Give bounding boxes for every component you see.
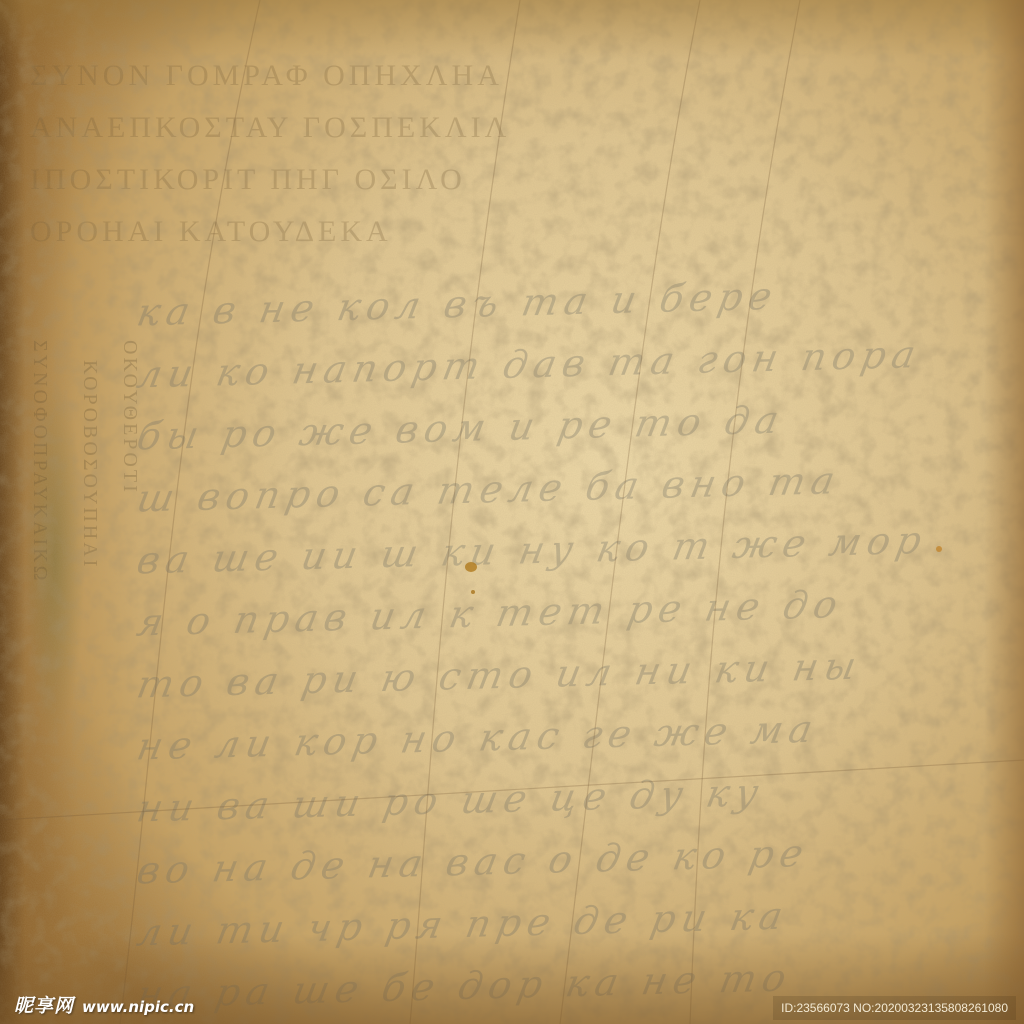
watermark-logo: 昵享网 <box>14 991 74 1018</box>
watermark-url: www.nipic.cn <box>82 998 194 1016</box>
rust-spot <box>936 546 942 552</box>
image-id-text: ID:23566073 NO:20200323135808261080 <box>781 1001 1008 1015</box>
image-id-strip: ID:23566073 NO:20200323135808261080 <box>773 996 1016 1020</box>
rust-spot <box>471 590 475 594</box>
leather-grain-texture <box>0 0 1024 1024</box>
watermark: 昵享网 www.nipic.cn <box>14 991 194 1018</box>
right-vignette <box>984 0 1024 1024</box>
leather-paper-background: ΣΥΝΟΝ ΓΟΜΡΑΦ ΟΠΗΧΛΗΑ ΑΝΑΕΠΚΟΣΤΑΥ ΓΟΣΠΕΚΛ… <box>0 0 1024 1024</box>
top-vignette <box>0 0 1024 60</box>
rust-spot <box>465 562 477 572</box>
